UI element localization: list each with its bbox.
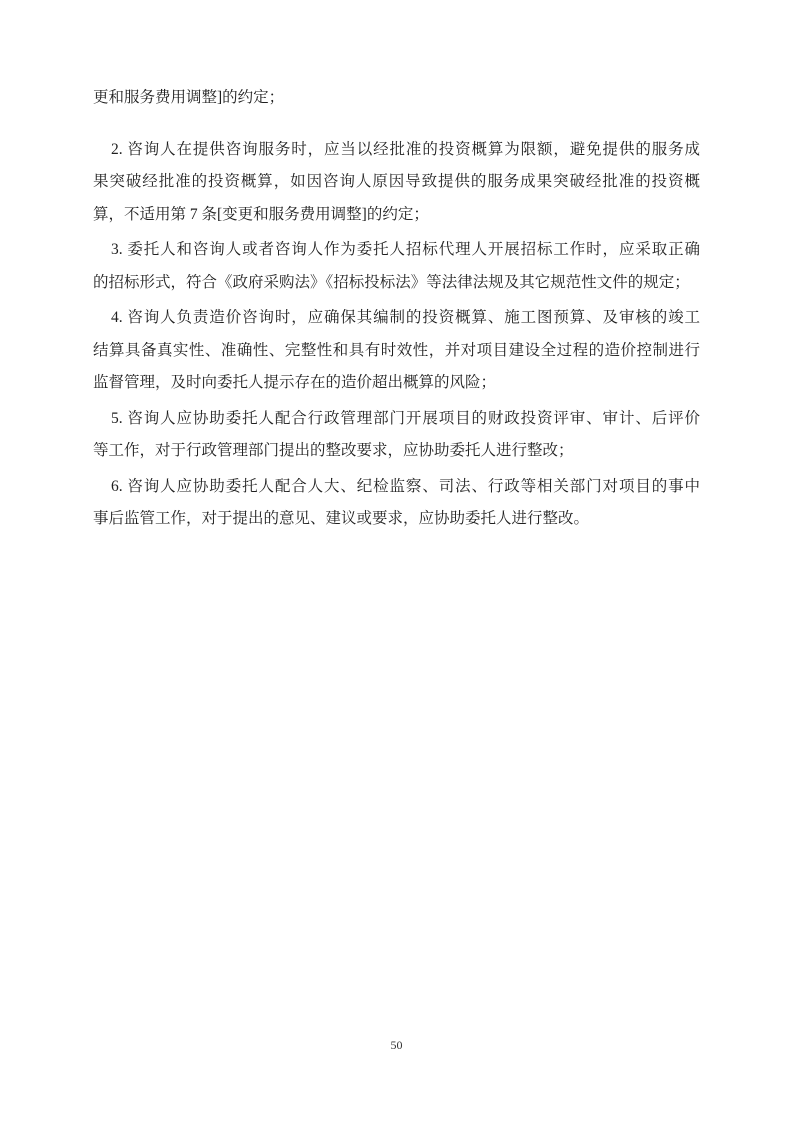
paragraph-line: 的招标形式，符合《政府采购法》《招标投标法》等法律法规及其它规范性文件的规定； (93, 267, 700, 300)
paragraph-line: 3. 委托人和咨询人或者咨询人作为委托人招标代理人开展招标工作时，应采取正确 (93, 234, 700, 267)
document-page: 更和服务费用调整]的约定； 2. 咨询人在提供咨询服务时，应当以经批准的投资概算… (0, 0, 793, 1122)
paragraph-line: 2. 咨询人在提供咨询服务时，应当以经批准的投资概算为限额，避免提供的服务成 (93, 134, 700, 167)
clause-5-paragraph: 5. 咨询人应协助委托人配合行政管理部门开展项目的财政投资评审、审计、后评价 等… (93, 403, 700, 468)
clause-6-paragraph: 6. 咨询人应协助委托人配合人大、纪检监察、司法、行政等相关部门对项目的事中 事… (93, 471, 700, 536)
paragraph-line: 6. 咨询人应协助委托人配合人大、纪检监察、司法、行政等相关部门对项目的事中 (93, 471, 700, 504)
paragraph-line: 算，不适用第 7 条[变更和服务费用调整]的约定； (93, 199, 700, 232)
paragraph-line: 4. 咨询人负责造价咨询时，应确保其编制的投资概算、施工图预算、及审核的竣工 (93, 302, 700, 335)
clause-3-paragraph: 3. 委托人和咨询人或者咨询人作为委托人招标代理人开展招标工作时，应采取正确 的… (93, 234, 700, 299)
page-number: 50 (391, 1038, 403, 1052)
clause-4-paragraph: 4. 咨询人负责造价咨询时，应确保其编制的投资概算、施工图预算、及审核的竣工 结… (93, 302, 700, 400)
paragraph-line: 事后监管工作，对于提出的意见、建议或要求，应协助委托人进行整改。 (93, 503, 700, 536)
paragraph-continuation: 更和服务费用调整]的约定； (93, 82, 700, 115)
paragraph-line: 果突破经批准的投资概算，如因咨询人原因导致提供的服务成果突破经批准的投资概 (93, 166, 700, 199)
clause-2-paragraph: 2. 咨询人在提供咨询服务时，应当以经批准的投资概算为限额，避免提供的服务成 果… (93, 134, 700, 232)
page-body-text: 更和服务费用调整]的约定； 2. 咨询人在提供咨询服务时，应当以经批准的投资概算… (93, 82, 700, 536)
paragraph-line: 更和服务费用调整]的约定； (93, 82, 700, 115)
page-footer: 50 (0, 1036, 793, 1054)
paragraph-line: 结算具备真实性、准确性、完整性和具有时效性，并对项目建设全过程的造价控制进行 (93, 335, 700, 368)
paragraph-line: 监督管理，及时向委托人提示存在的造价超出概算的风险； (93, 367, 700, 400)
paragraph-line: 等工作，对于行政管理部门提出的整改要求，应协助委托人进行整改； (93, 435, 700, 468)
paragraph-line: 5. 咨询人应协助委托人配合行政管理部门开展项目的财政投资评审、审计、后评价 (93, 403, 700, 436)
